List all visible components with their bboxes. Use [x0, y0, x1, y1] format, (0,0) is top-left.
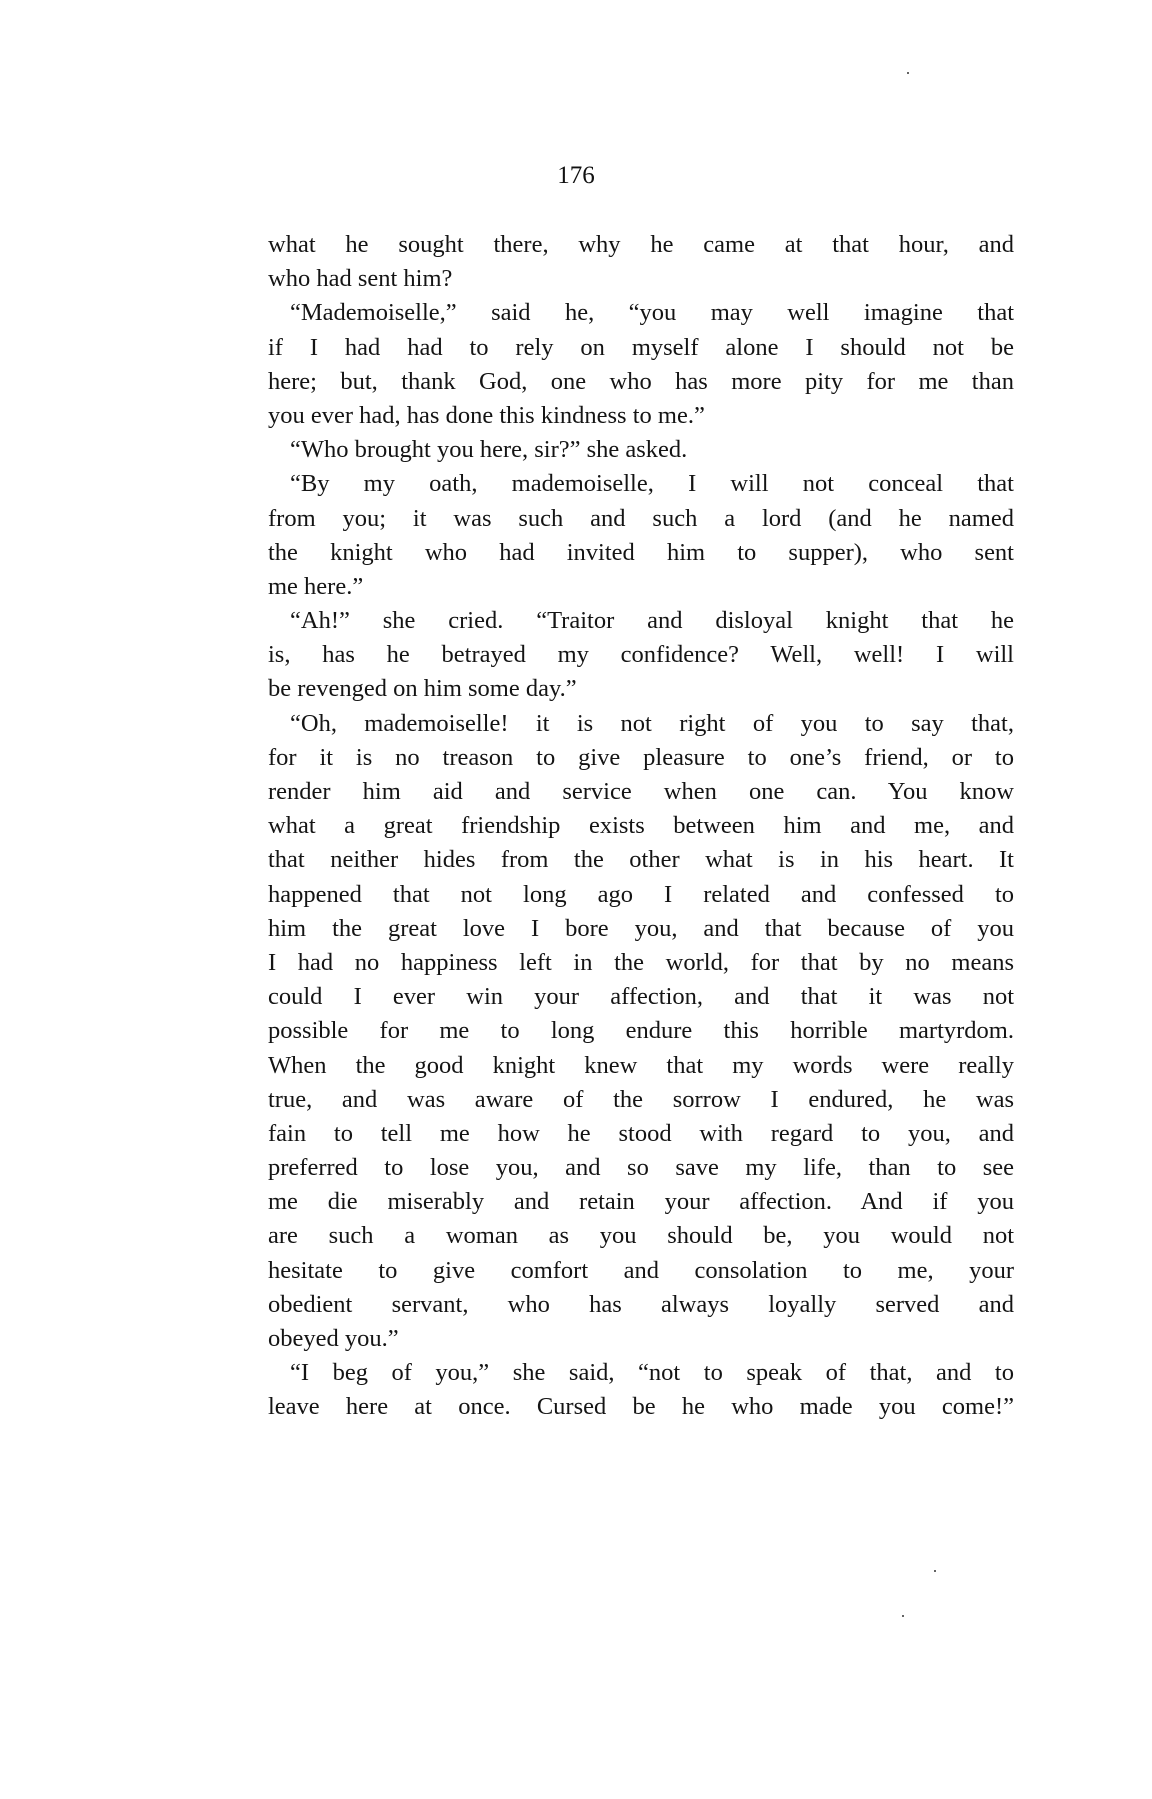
scan-speck: [934, 1570, 936, 1572]
text-line: render him aid and service when one can.…: [268, 775, 1014, 809]
text-line: him the great love I bore you, and that …: [268, 912, 1014, 946]
text-line: be revenged on him some day.”: [268, 672, 1014, 706]
text-line: fain to tell me how he stood with regard…: [268, 1117, 1014, 1151]
text-line: happened that not long ago I related and…: [268, 878, 1014, 912]
text-line: what a great friendship exists between h…: [268, 809, 1014, 843]
text-line: for it is no treason to give pleasure to…: [268, 741, 1014, 775]
text-line: me here.”: [268, 570, 1014, 604]
text-line: here; but, thank God, one who has more p…: [268, 365, 1014, 399]
text-line: “By my oath, mademoiselle, I will not co…: [268, 467, 1014, 501]
text-line: who had sent him?: [268, 262, 1014, 296]
text-line: that neither hides from the other what i…: [268, 843, 1014, 877]
scan-speck: [902, 1615, 904, 1617]
text-line: “Ah!” she cried. “Traitor and disloyal k…: [268, 604, 1014, 638]
text-line: are such a woman as you should be, you w…: [268, 1219, 1014, 1253]
text-line: “Oh, mademoiselle! it is not right of yo…: [268, 707, 1014, 741]
text-line: “I beg of you,” she said, “not to speak …: [268, 1356, 1014, 1390]
text-line: if I had had to rely on myself alone I s…: [268, 331, 1014, 365]
text-line: obedient servant, who has always loyally…: [268, 1288, 1014, 1322]
text-line: is, has he betrayed my confidence? Well,…: [268, 638, 1014, 672]
body-text: what he sought there, why he came at tha…: [268, 228, 1014, 1425]
text-line: hesitate to give comfort and consolation…: [268, 1254, 1014, 1288]
page-number: 176: [0, 162, 1152, 190]
text-line: what he sought there, why he came at tha…: [268, 228, 1014, 262]
scan-speck: [907, 72, 909, 74]
text-line: could I ever win your affection, and tha…: [268, 980, 1014, 1014]
text-line: the knight who had invited him to supper…: [268, 536, 1014, 570]
text-line: “Who brought you here, sir?” she asked.: [268, 433, 1014, 467]
text-line: “Mademoiselle,” said he, “you may well i…: [268, 296, 1014, 330]
text-line: When the good knight knew that my words …: [268, 1049, 1014, 1083]
text-line: you ever had, has done this kindness to …: [268, 399, 1014, 433]
text-line: true, and was aware of the sorrow I endu…: [268, 1083, 1014, 1117]
text-line: I had no happiness left in the world, fo…: [268, 946, 1014, 980]
text-line: me die miserably and retain your affecti…: [268, 1185, 1014, 1219]
text-line: preferred to lose you, and so save my li…: [268, 1151, 1014, 1185]
text-line: possible for me to long endure this horr…: [268, 1014, 1014, 1048]
text-line: leave here at once. Cursed be he who mad…: [268, 1390, 1014, 1424]
text-line: from you; it was such and such a lord (a…: [268, 502, 1014, 536]
text-line: obeyed you.”: [268, 1322, 1014, 1356]
